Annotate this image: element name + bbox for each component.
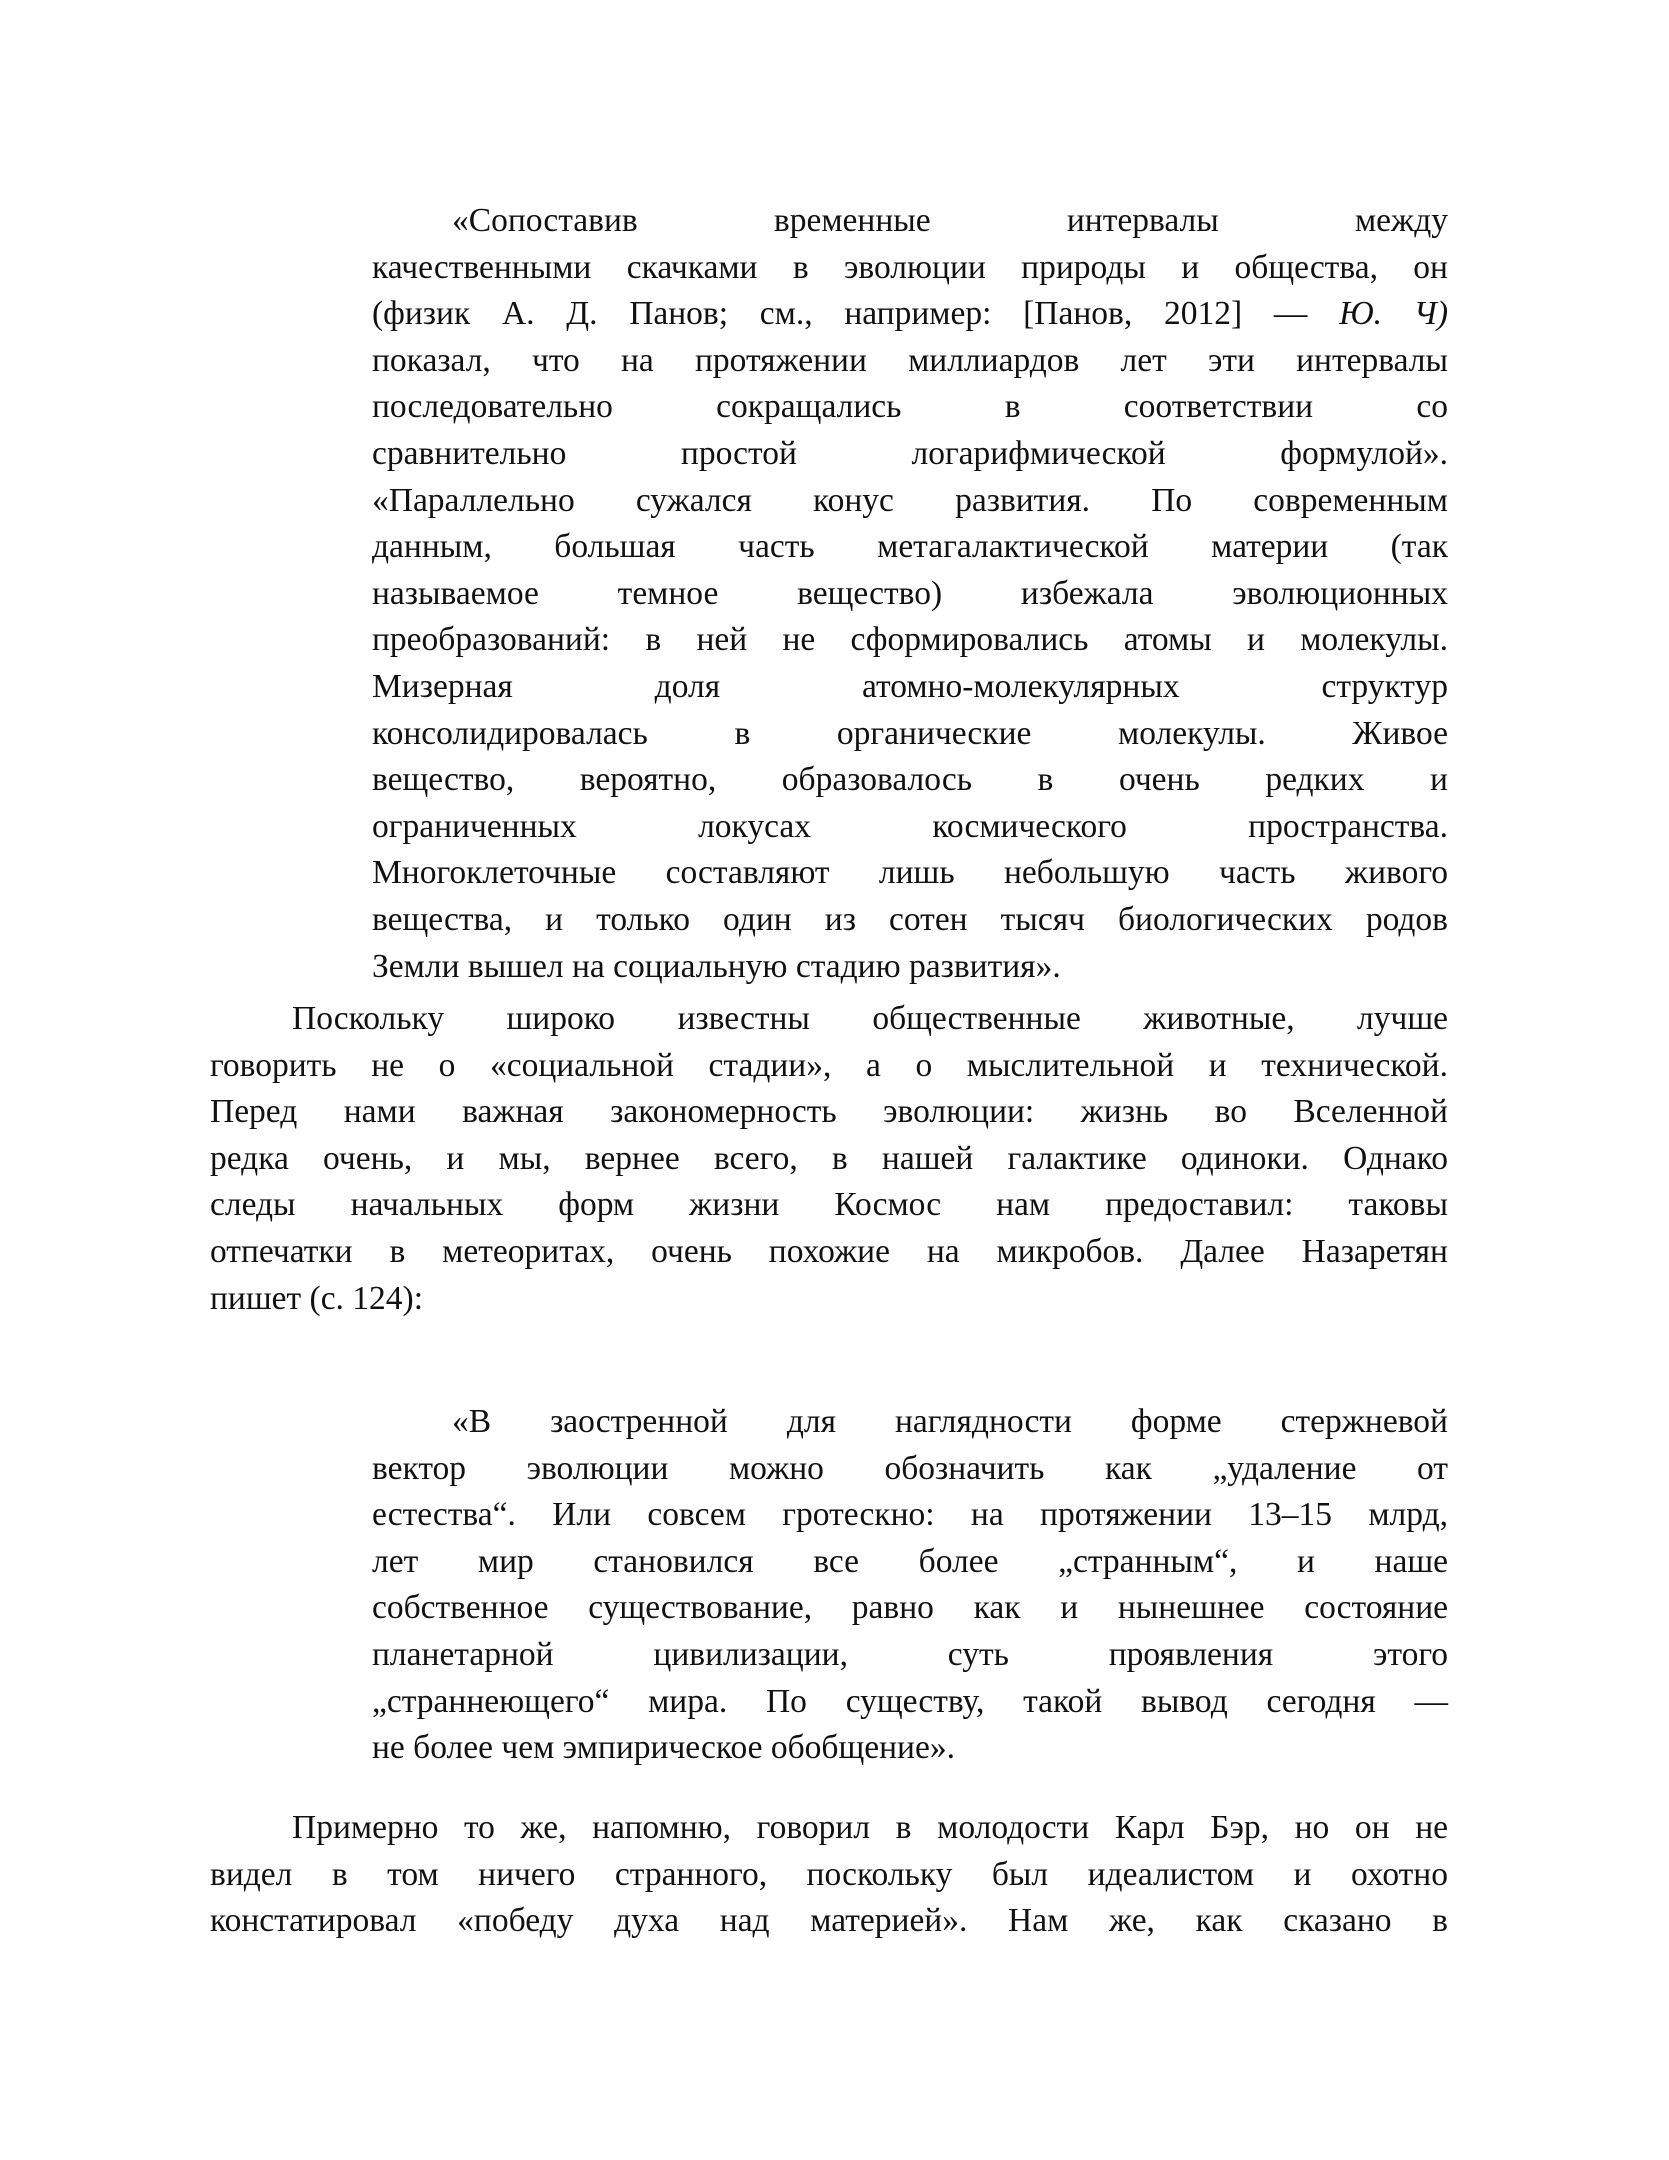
paragraph-line: пишет (с. 124): bbox=[210, 1276, 1448, 1323]
quote-line: планетарной цивилизации, суть проявления… bbox=[372, 1632, 1448, 1679]
quote-line: качественными скачками в эволюции природ… bbox=[372, 245, 1448, 292]
quote-line: ограниченных локусах космического простр… bbox=[372, 804, 1448, 851]
block-quote-panov: «Сопоставив временные интервалы между ка… bbox=[372, 198, 1448, 990]
quote-line: «В заостренной для наглядности форме сте… bbox=[372, 1399, 1448, 1446]
body-paragraph-1: Поскольку широко известны общественные ж… bbox=[210, 996, 1448, 1322]
quote-line: данным, большая часть метагалактической … bbox=[372, 524, 1448, 571]
quote-line: лет мир становился все более „странным“,… bbox=[372, 1539, 1448, 1586]
quote-line: естества“. Или совсем гротескно: на прот… bbox=[372, 1492, 1448, 1539]
quote-line: (физик А. Д. Панов; см., например: [Пано… bbox=[372, 291, 1448, 338]
paragraph-line: Перед нами важная закономерность эволюци… bbox=[210, 1089, 1448, 1136]
author-initials: Ю. Ч) bbox=[1339, 295, 1448, 332]
quote-line: «Параллельно сужался конус развития. По … bbox=[372, 478, 1448, 525]
block-quote-nazaretyan: «В заостренной для наглядности форме сте… bbox=[372, 1399, 1448, 1772]
paragraph-line: констатировал «победу духа над материей»… bbox=[210, 1898, 1448, 1945]
quote-line: собственное существование, равно как и н… bbox=[372, 1585, 1448, 1632]
paragraph-line: следы начальных форм жизни Космос нам пр… bbox=[210, 1182, 1448, 1229]
quote-line: „страннеющего“ мира. По существу, такой … bbox=[372, 1679, 1448, 1726]
paragraph-line: Поскольку широко известны общественные ж… bbox=[210, 996, 1448, 1043]
quote-line: не более чем эмпирическое обобщение». bbox=[372, 1725, 1448, 1772]
paragraph-line: говорить не о «социальной стадии», а о м… bbox=[210, 1043, 1448, 1090]
quote-line: сравнительно простой логарифмической фор… bbox=[372, 431, 1448, 478]
quote-line: вектор эволюции можно обозначить как „уд… bbox=[372, 1446, 1448, 1493]
quote-line: Многоклеточные составляют лишь небольшую… bbox=[372, 850, 1448, 897]
paragraph-line: редка очень, и мы, вернее всего, в нашей… bbox=[210, 1136, 1448, 1183]
quote-line: показал, что на протяжении миллиардов ле… bbox=[372, 338, 1448, 385]
paragraph-line: видел в том ничего странного, поскольку … bbox=[210, 1852, 1448, 1899]
paragraph-line: отпечатки в метеоритах, очень похожие на… bbox=[210, 1229, 1448, 1276]
quote-line: называемое темное вещество) избежала эво… bbox=[372, 571, 1448, 618]
quote-line: «Сопоставив временные интервалы между bbox=[372, 198, 1448, 245]
quote-line: последовательно сокращались в соответств… bbox=[372, 384, 1448, 431]
paragraph-line: Примерно то же, напомню, говорил в молод… bbox=[210, 1805, 1448, 1852]
quote-line: вещество, вероятно, образовалось в очень… bbox=[372, 757, 1448, 804]
quote-line: вещества, и только один из сотен тысяч б… bbox=[372, 897, 1448, 944]
quote-line: преобразований: в ней не сформировались … bbox=[372, 617, 1448, 664]
quote-line: Мизерная доля атомно-молекулярных структ… bbox=[372, 664, 1448, 711]
quote-line: Земли вышел на социальную стадию развити… bbox=[372, 944, 1448, 991]
body-paragraph-2: Примерно то же, напомню, говорил в молод… bbox=[210, 1805, 1448, 1945]
quote-line: консолидировалась в органические молекул… bbox=[372, 711, 1448, 758]
quote-line-text: (физик А. Д. Панов; см., например: [Пано… bbox=[372, 295, 1339, 332]
document-page: «Сопоставив временные интервалы между ка… bbox=[0, 0, 1669, 2160]
